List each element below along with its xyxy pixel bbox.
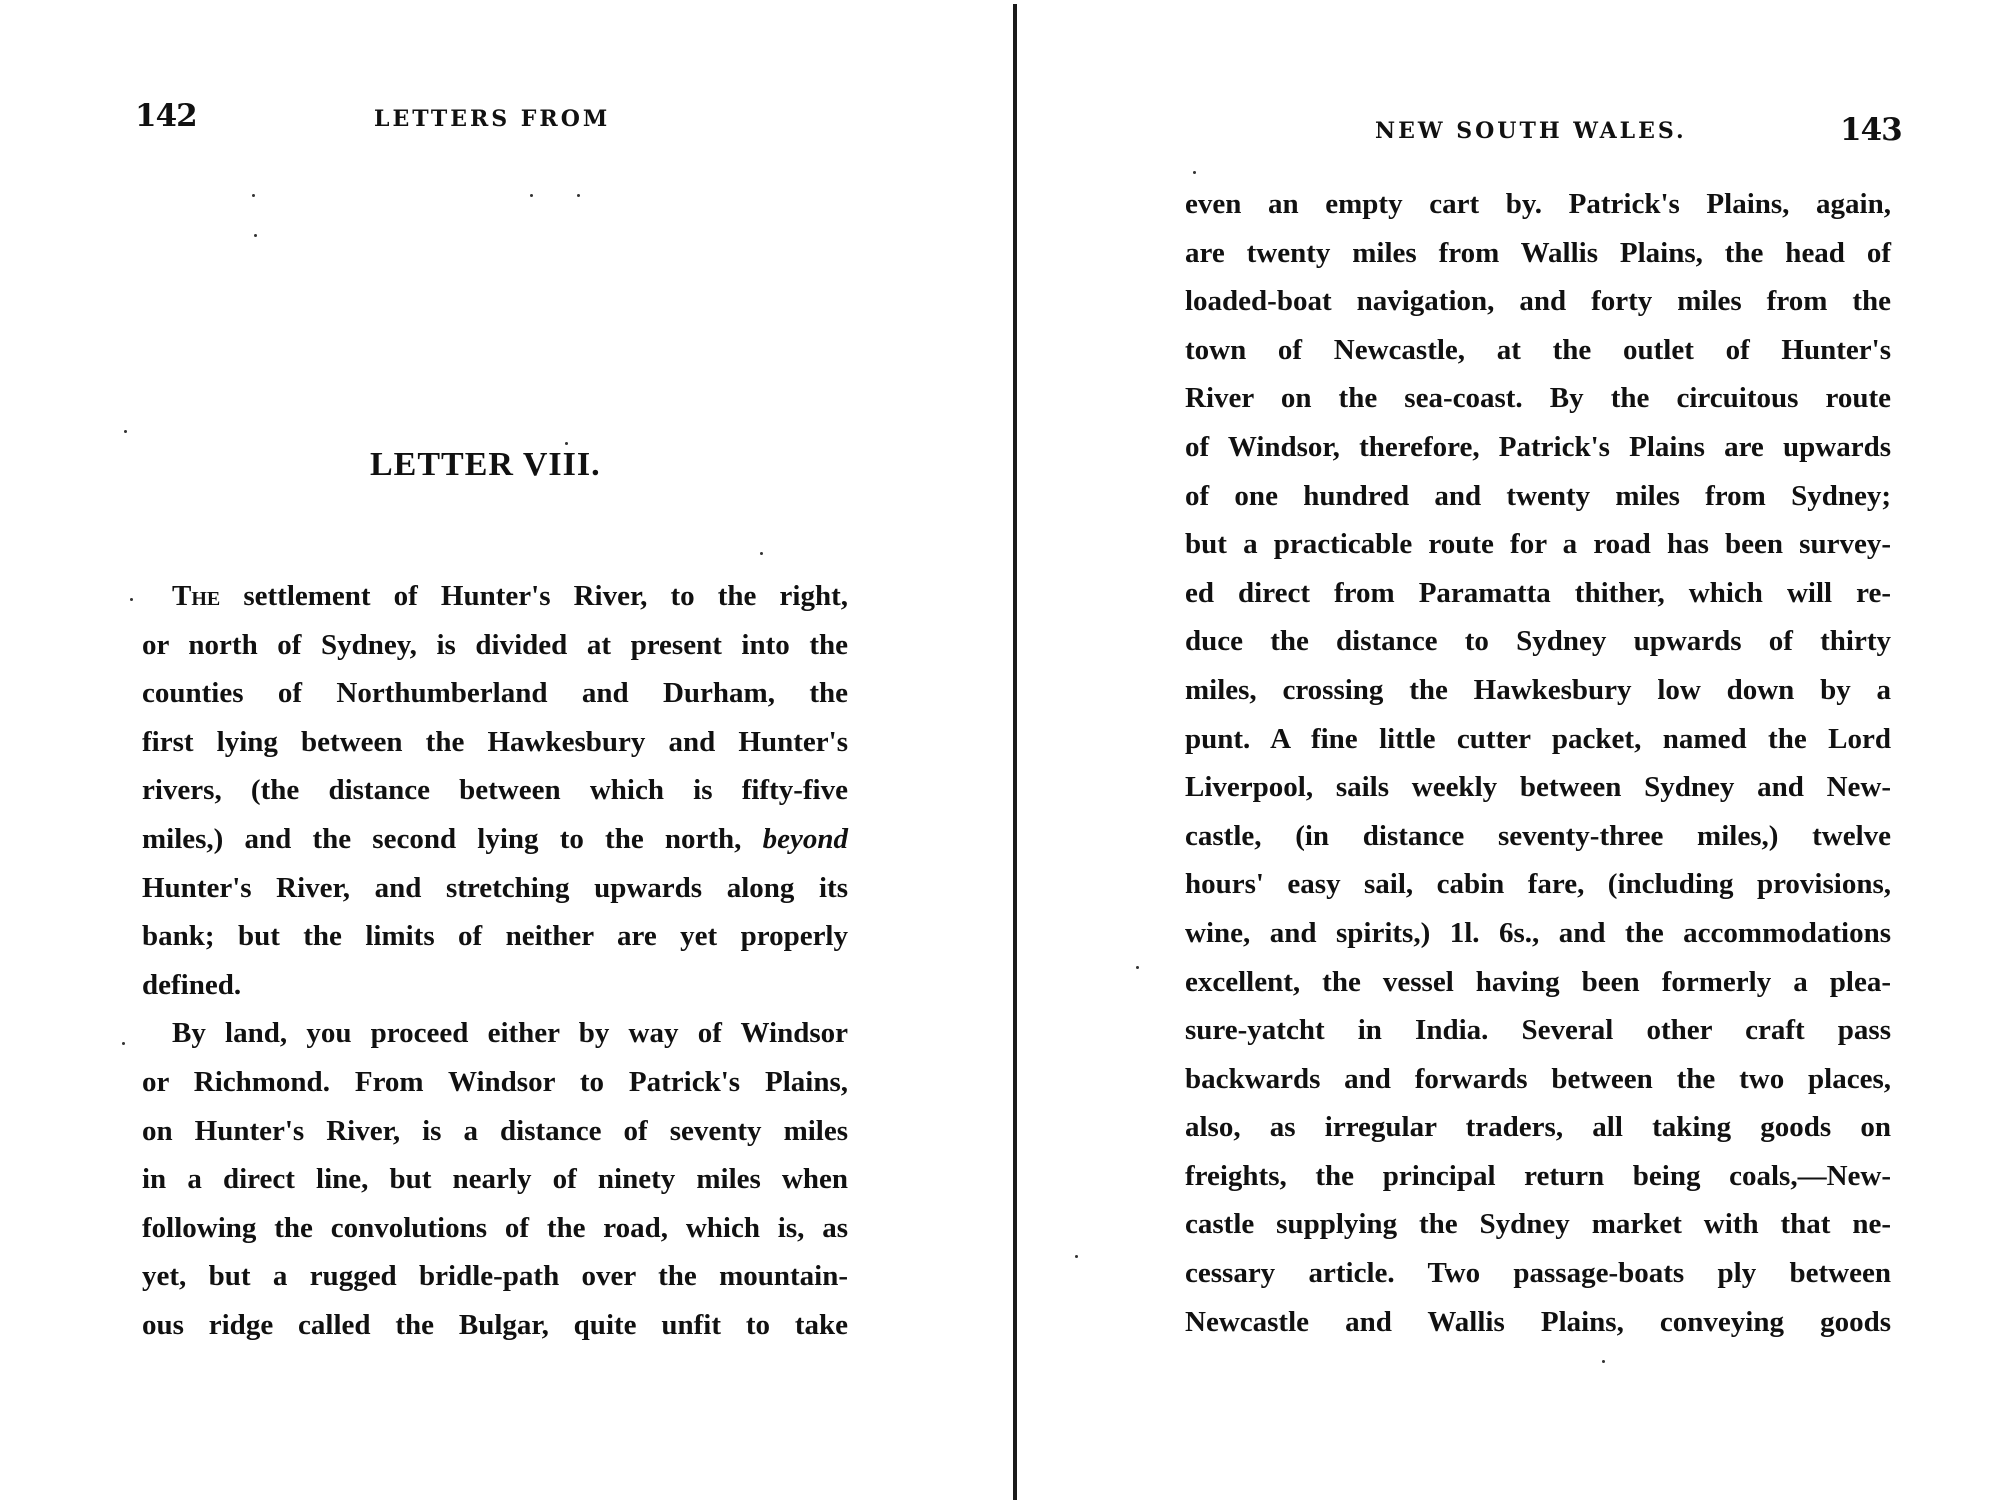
running-head-left: LETTERS FROM	[374, 106, 610, 132]
scan-speck	[530, 194, 533, 197]
page-gutter-divider	[1013, 4, 1017, 1500]
text-line: Liverpool, sails weekly between Sydney a…	[1185, 763, 1891, 812]
text-line: backwards and forwards between the two p…	[1185, 1055, 1891, 1104]
text-line: Hunter's River, and stretching upwards a…	[142, 864, 848, 913]
text-line: Newcastle and Wallis Plains, conveying g…	[1185, 1298, 1891, 1347]
text-line: following the convolutions of the road, …	[142, 1204, 848, 1253]
scan-speck	[1136, 966, 1139, 969]
book-spread: 142 LETTERS FROM LETTER VIII. The settle…	[0, 0, 1999, 1504]
text-line: castle supplying the Sydney market with …	[1185, 1200, 1891, 1249]
text-line: rivers, (the distance between which is f…	[142, 766, 848, 815]
text-line: ous ridge called the Bulgar, quite unfit…	[142, 1301, 848, 1350]
text-line: excellent, the vessel having been former…	[1185, 958, 1891, 1007]
text-line: or Richmond. From Windsor to Patrick's P…	[142, 1058, 848, 1107]
text-line: miles, crossing the Hawkesbury low down …	[1185, 666, 1891, 715]
text-line: cessary article. Two passage-boats ply b…	[1185, 1249, 1891, 1298]
text-line: of Windsor, therefore, Patrick's Plains …	[1185, 423, 1891, 472]
text-line: wine, and spirits,) 1l. 6s., and the acc…	[1185, 909, 1891, 958]
text-line: on Hunter's River, is a distance of seve…	[142, 1107, 848, 1156]
scan-speck	[760, 552, 763, 555]
text-line: duce the distance to Sydney upwards of t…	[1185, 617, 1891, 666]
running-head-right: NEW SOUTH WALES.	[1375, 118, 1687, 144]
text-line: counties of Northumberland and Durham, t…	[142, 669, 848, 718]
text-line: yet, but a rugged bridle-path over the m…	[142, 1252, 848, 1301]
text-line: in a direct line, but nearly of ninety m…	[142, 1155, 848, 1204]
text-line: castle, (in distance seventy-three miles…	[1185, 812, 1891, 861]
text-line: of one hundred and twenty miles from Syd…	[1185, 472, 1891, 521]
text-line: loaded-boat navigation, and forty miles …	[1185, 277, 1891, 326]
page-number-right: 143	[1840, 112, 1902, 148]
scan-speck	[254, 234, 257, 237]
text-line: first lying between the Hawkesbury and H…	[142, 718, 848, 767]
scan-speck	[565, 442, 568, 445]
scan-speck	[1075, 1255, 1078, 1258]
text-line: even an empty cart by. Patrick's Plains,…	[1185, 180, 1891, 229]
scan-speck	[124, 430, 127, 433]
text-line: punt. A fine little cutter packet, named…	[1185, 715, 1891, 764]
text-line: also, as irregular traders, all taking g…	[1185, 1103, 1891, 1152]
scan-speck	[1193, 171, 1196, 174]
text-line: but a practicable route for a road has b…	[1185, 520, 1891, 569]
text-line: River on the sea-coast. By the circuitou…	[1185, 374, 1891, 423]
right-page: NEW SOUTH WALES. 143 even an empty cart …	[1018, 0, 1999, 1504]
text-line: sure-yatcht in India. Several other craf…	[1185, 1006, 1891, 1055]
right-body-text: even an empty cart by. Patrick's Plains,…	[1185, 180, 1891, 1346]
chapter-title: LETTER VIII.	[370, 446, 601, 484]
left-page: 142 LETTERS FROM LETTER VIII. The settle…	[0, 0, 1012, 1504]
text-line: town of Newcastle, at the outlet of Hunt…	[1185, 326, 1891, 375]
text-line: By land, you proceed either by way of Wi…	[142, 1009, 848, 1058]
page-number-left: 142	[135, 98, 197, 134]
text-line: miles,) and the second lying to the nort…	[142, 815, 848, 864]
text-line: are twenty miles from Wallis Plains, the…	[1185, 229, 1891, 278]
italic-word: beyond	[763, 823, 848, 855]
text-line: defined.	[142, 961, 848, 1010]
scan-speck	[122, 1042, 125, 1045]
text-line: ed direct from Paramatta thither, which …	[1185, 569, 1891, 618]
small-caps-lead: The	[172, 580, 220, 612]
scan-speck	[252, 194, 255, 197]
scan-speck	[1602, 1360, 1605, 1363]
scan-speck	[130, 598, 133, 601]
text-line: freights, the principal return being coa…	[1185, 1152, 1891, 1201]
text-line: bank; but the limits of neither are yet …	[142, 912, 848, 961]
text-line: hours' easy sail, cabin fare, (including…	[1185, 860, 1891, 909]
text-line: or north of Sydney, is divided at presen…	[142, 621, 848, 670]
text-line: The settlement of Hunter's River, to the…	[142, 572, 848, 621]
left-body-text: The settlement of Hunter's River, to the…	[142, 572, 848, 1350]
scan-speck	[577, 194, 580, 197]
